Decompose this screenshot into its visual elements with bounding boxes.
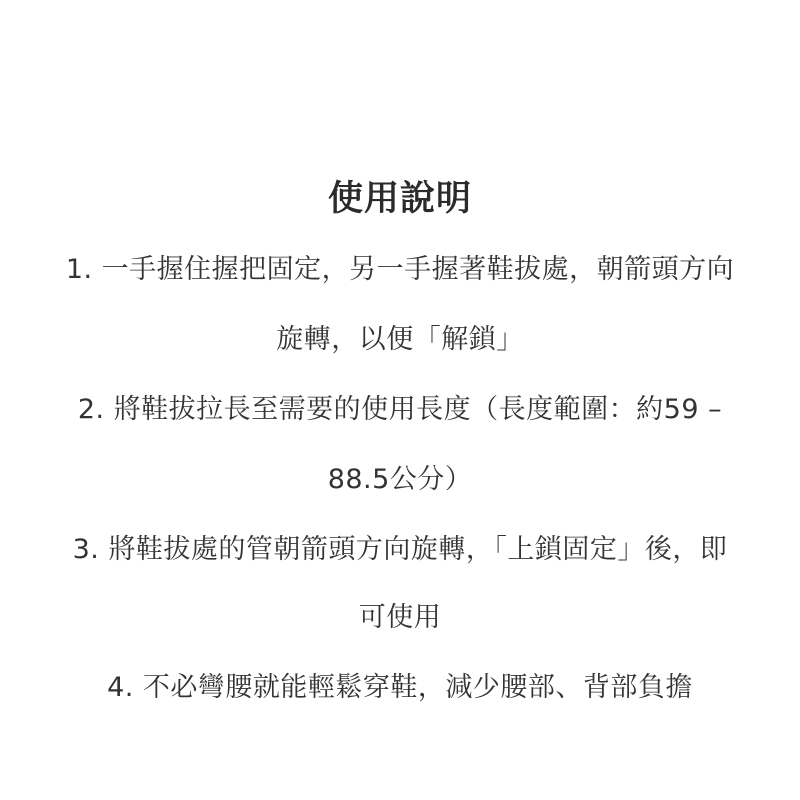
instruction-3-line-2: 可使用 bbox=[0, 598, 800, 638]
instruction-3-line-1: 3. 將鞋拔處的管朝箭頭方向旋轉，「上鎖固定」後，即 bbox=[0, 530, 800, 570]
instruction-2-line-1: 2. 將鞋拔拉長至需要的使用長度（長度範圍：約59 – bbox=[0, 390, 800, 430]
instruction-1-line-2: 旋轉，以便「解鎖」 bbox=[0, 320, 800, 360]
instruction-1-line-1: 1. 一手握住握把固定，另一手握著鞋拔處，朝箭頭方向 bbox=[0, 250, 800, 290]
instruction-2-line-2: 88.5公分） bbox=[0, 460, 800, 500]
instructions-document: 使用說明 1. 一手握住握把固定，另一手握著鞋拔處，朝箭頭方向 旋轉，以便「解鎖… bbox=[0, 0, 800, 800]
page-title: 使用說明 bbox=[0, 174, 800, 224]
instruction-4-line-1: 4. 不必彎腰就能輕鬆穿鞋，減少腰部、背部負擔 bbox=[0, 668, 800, 708]
